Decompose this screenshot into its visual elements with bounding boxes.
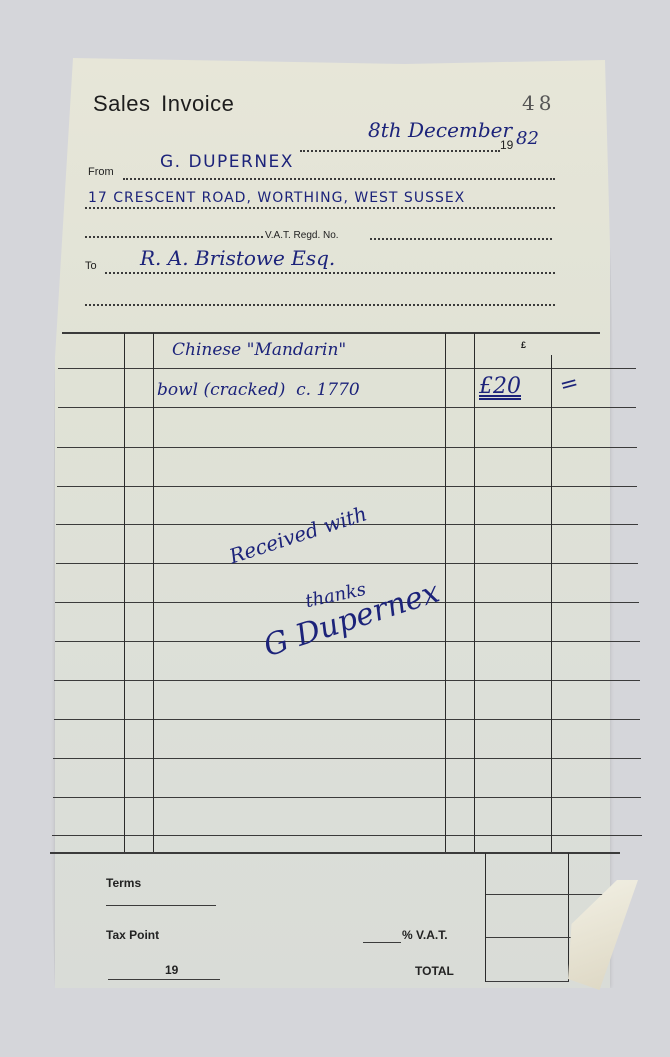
table-column-divider — [474, 333, 475, 852]
vat-percent-line — [363, 942, 401, 943]
table-row-line — [57, 486, 637, 487]
table-row-line — [53, 797, 641, 798]
to-label: To — [85, 260, 97, 272]
extra-dotted-line — [85, 304, 555, 306]
table-bottom-border — [50, 852, 620, 854]
item-description-line2: bowl (cracked) c. 1770 — [157, 380, 360, 400]
currency-header: £ — [521, 340, 526, 350]
terms-line — [106, 905, 216, 906]
table-row-line — [57, 447, 637, 448]
invoice-number: 48 — [522, 91, 555, 115]
item-amount: £20 — [479, 374, 521, 399]
item-description-line1: Chinese "Mandarin" — [172, 340, 346, 360]
tax-point-label: Tax Point — [106, 928, 159, 942]
table-row-line — [55, 641, 640, 642]
table-row-line — [53, 758, 641, 759]
table-row-line — [54, 719, 640, 720]
date-handwritten: 8th December — [368, 118, 512, 142]
vat-regd-label: V.A.T. Regd. No. — [265, 230, 339, 241]
table-column-divider — [551, 355, 552, 852]
table-column-divider — [445, 333, 446, 852]
tax-point-year-prefix: 19 — [165, 963, 178, 977]
vat-label: % V.A.T. — [402, 928, 448, 942]
table-top-border — [62, 332, 600, 334]
vat-dotted-left — [85, 236, 263, 238]
date-year-prefix: 19 — [500, 138, 513, 152]
table-row-line — [52, 835, 642, 836]
totals-box-line — [486, 894, 616, 895]
table-row-line — [58, 368, 636, 369]
from-dotted-line — [123, 178, 555, 180]
to-name: R. A. Bristowe Esq. — [140, 246, 335, 270]
from-address: 17 CRESCENT ROAD, WORTHING, WEST SUSSEX — [88, 190, 465, 206]
table-column-divider — [153, 333, 154, 852]
table-row-line — [54, 680, 640, 681]
address-dotted-line — [85, 207, 555, 209]
to-dotted-line — [105, 272, 555, 274]
date-year-suffix: 82 — [516, 128, 539, 149]
table-column-divider — [124, 333, 125, 852]
invoice-title: Sales Invoice — [93, 91, 234, 117]
from-name: G. DUPERNEX — [160, 152, 294, 172]
totals-box-left — [485, 853, 486, 982]
table-row-line — [58, 407, 636, 408]
tax-point-line — [108, 979, 220, 980]
vat-dotted-right — [370, 238, 552, 240]
date-dotted-line — [300, 150, 500, 152]
totals-box-right — [568, 853, 569, 982]
totals-box-bottom — [486, 981, 569, 982]
total-label: TOTAL — [415, 964, 454, 978]
terms-label: Terms — [106, 876, 141, 890]
from-label: From — [88, 166, 114, 178]
